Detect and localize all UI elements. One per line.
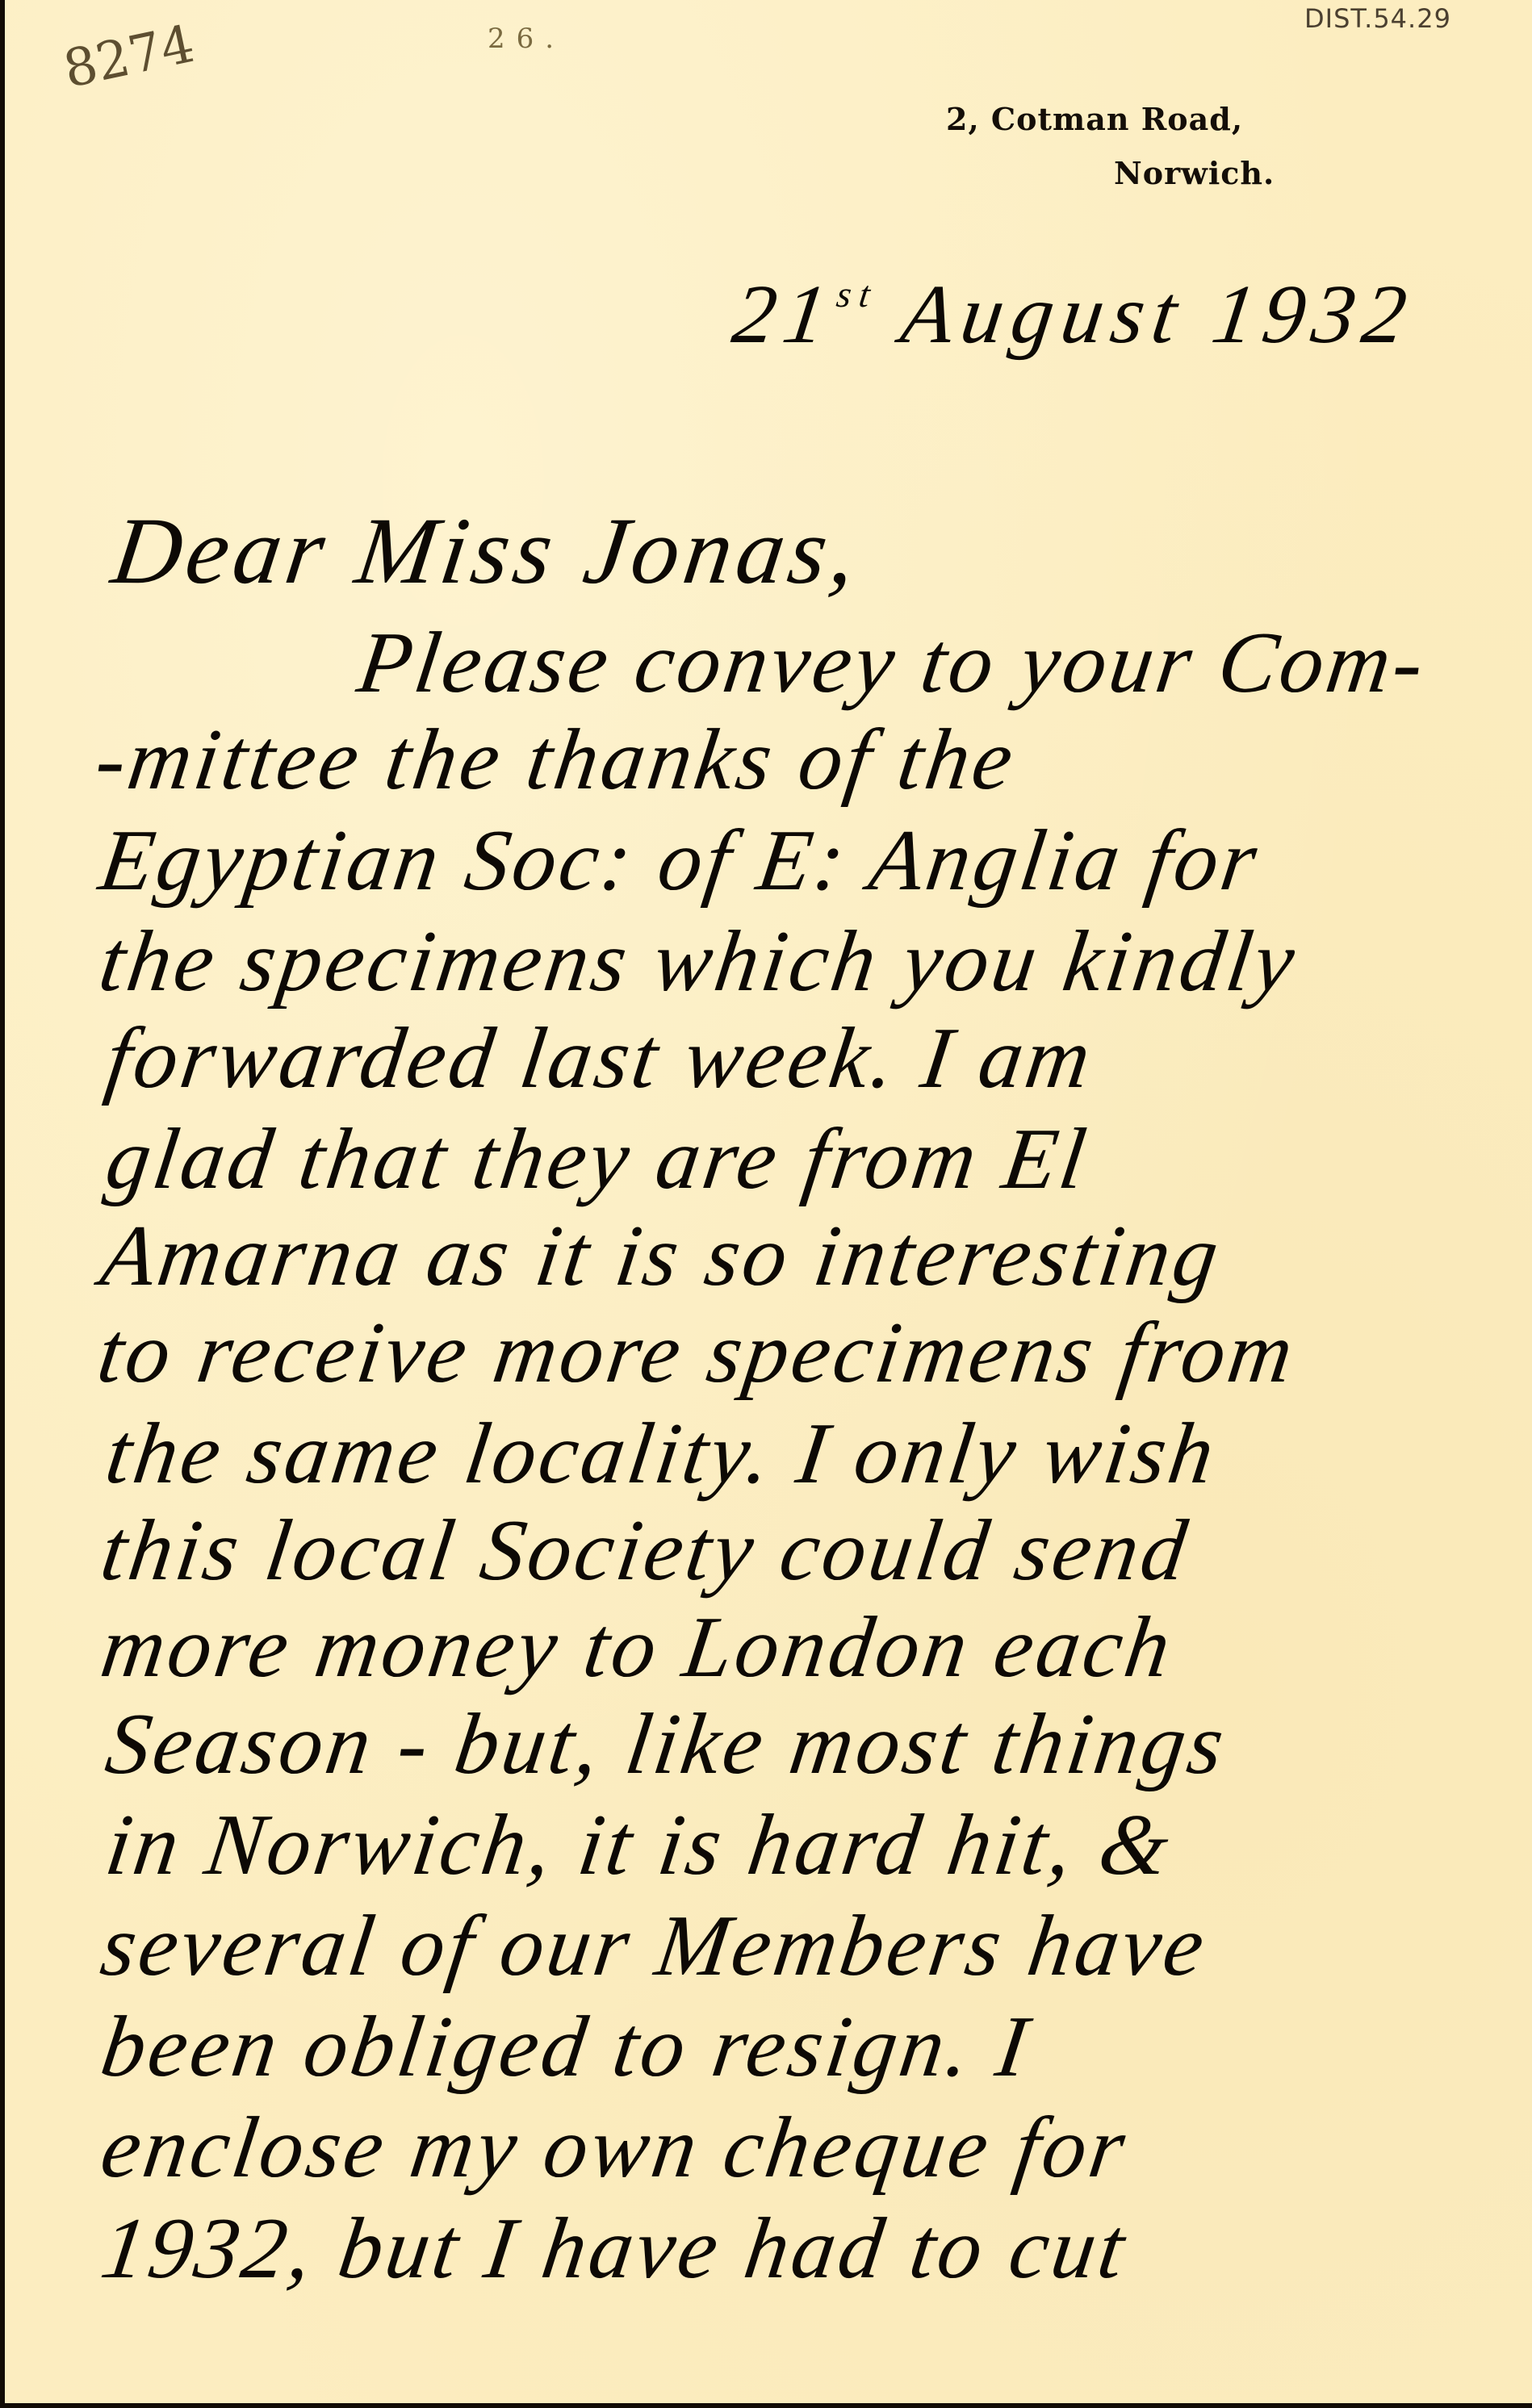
body-line-17: 1932, but I have had to cut (95, 2199, 1133, 2299)
body-line-11: more money to London each (95, 1598, 1179, 1698)
archive-number-annotation: 8274 (59, 15, 200, 100)
body-line-15: been obliged to resign. I (95, 1997, 1036, 2097)
body-line-3: Egyptian Soc: of E: Anglia for (94, 811, 1266, 911)
body-line-14: several of our Members have (95, 1896, 1213, 1996)
body-line-8: to receive more specimens from (92, 1303, 1302, 1403)
letter-sheet: 8274 26. DIST.54.29 2, Cotman Road, Norw… (5, 0, 1532, 2403)
body-line-10: this local Society could send (95, 1501, 1195, 1601)
date-day: 21 (727, 268, 840, 361)
distribution-reference-annotation: DIST.54.29 (1304, 3, 1451, 34)
body-line-13: in Norwich, it is hard hit, & (100, 1796, 1178, 1896)
letterhead-street: 2, Cotman Road, (946, 101, 1243, 137)
salutation: Dear Miss Jonas, (106, 496, 868, 606)
body-line-9: the same locality. I only wish (100, 1404, 1223, 1504)
scan-bottom-border (0, 2403, 1532, 2408)
letterhead-city: Norwich. (1114, 155, 1275, 191)
body-line-12: Season - but, like most things (100, 1695, 1233, 1795)
body-line-5: forwarded last week. I am (100, 1009, 1099, 1109)
letter-date: 21st August 1932 (727, 266, 1420, 362)
date-day-suffix: st (834, 274, 881, 315)
body-line-2: -mittee the thanks of the (90, 710, 1022, 810)
body-line-4: the specimens which you kindly (94, 912, 1304, 1012)
body-line-1: Please convey to your Com- (352, 613, 1433, 713)
date-month-year: August 1932 (896, 268, 1420, 361)
body-line-16: enclose my own cheque for (95, 2098, 1134, 2198)
body-line-6: glad that they are from El (100, 1110, 1095, 1210)
folio-number-annotation: 26. (488, 23, 565, 55)
body-line-7: Amarna as it is so interesting (95, 1206, 1227, 1306)
